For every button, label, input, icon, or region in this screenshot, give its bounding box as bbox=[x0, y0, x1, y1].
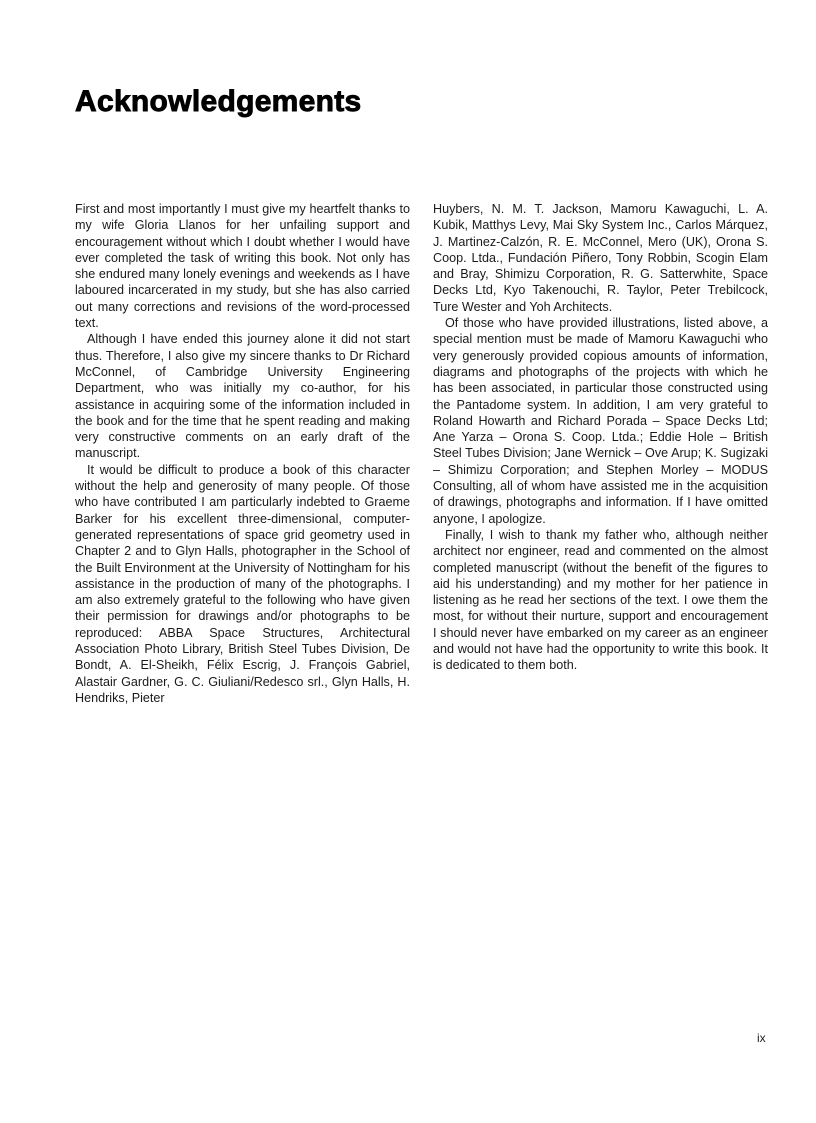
right-text-column: Huybers, N. M. T. Jackson, Mamoru Kawagu… bbox=[433, 201, 768, 674]
page-number: ix bbox=[757, 1031, 766, 1045]
paragraph-dedication: Finally, I wish to thank my father who, … bbox=[433, 527, 768, 674]
page-title: Acknowledgements bbox=[75, 82, 362, 122]
paragraph-contributors: It would be difficult to produce a book … bbox=[75, 462, 410, 706]
document-page: Acknowledgements First and most importan… bbox=[0, 0, 816, 1123]
paragraph-thanks-coauthor: Although I have ended this journey alone… bbox=[75, 331, 410, 461]
left-text-column: First and most importantly I must give m… bbox=[75, 201, 410, 706]
paragraph-special-mention: Of those who have provided illustrations… bbox=[433, 315, 768, 527]
paragraph-contributors-continued: Huybers, N. M. T. Jackson, Mamoru Kawagu… bbox=[433, 201, 768, 315]
paragraph-thanks-wife: First and most importantly I must give m… bbox=[75, 201, 410, 331]
